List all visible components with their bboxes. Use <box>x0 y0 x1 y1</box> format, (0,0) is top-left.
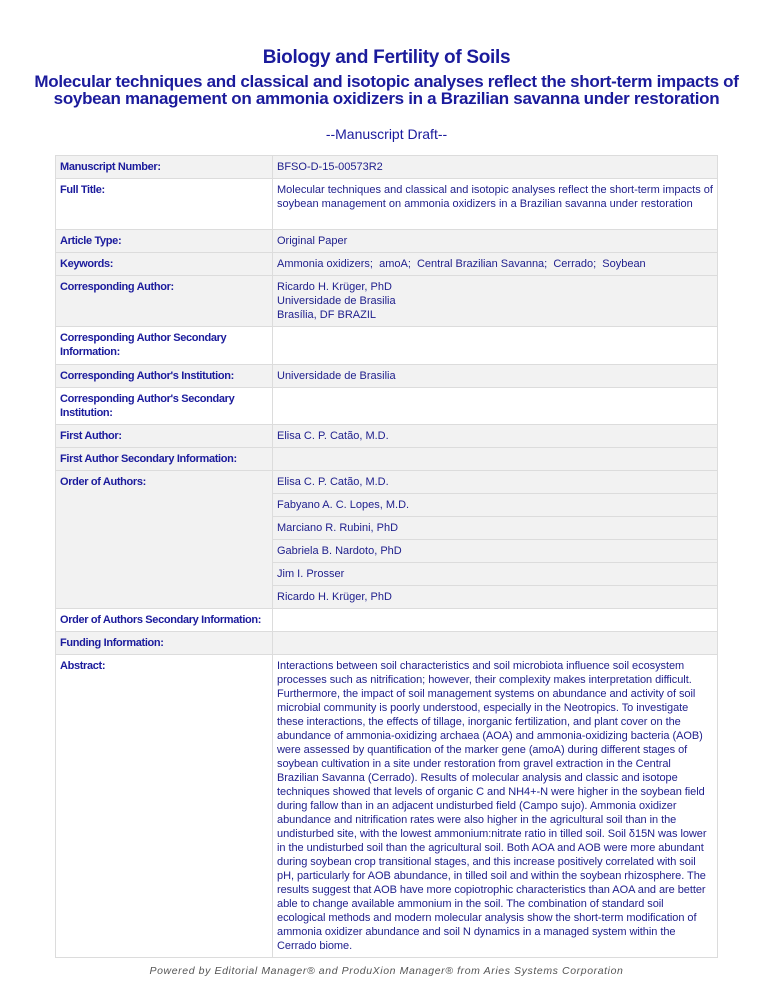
corresponding-author-location: Brasília, DF BRAZIL <box>277 308 713 322</box>
value-article-type: Original Paper <box>273 230 718 253</box>
value-ca-institution: Universidade de Brasilia <box>273 365 718 388</box>
footer-powered-by: Powered by Editorial Manager® and ProduX… <box>0 965 773 977</box>
draft-label: --Manuscript Draft-- <box>0 126 773 142</box>
value-corresponding-author: Ricardo H. Krüger, PhD Universidade de B… <box>273 276 718 327</box>
row-first-author-secondary: First Author Secondary Information: <box>56 448 718 471</box>
manuscript-metadata-table: Manuscript Number: BFSO-D-15-00573R2 Ful… <box>55 155 718 958</box>
value-first-author: Elisa C. P. Catão, M.D. <box>273 425 718 448</box>
label-first-author-secondary: First Author Secondary Information: <box>56 448 273 471</box>
value-funding <box>273 632 718 655</box>
value-abstract: Interactions between soil characteristic… <box>273 655 718 958</box>
row-manuscript-number: Manuscript Number: BFSO-D-15-00573R2 <box>56 156 718 179</box>
label-full-title: Full Title: <box>56 179 273 230</box>
label-ca-secondary-institution: Corresponding Author's Secondary Institu… <box>56 388 273 425</box>
author-list-item: Fabyano A. C. Lopes, M.D. <box>273 494 717 517</box>
row-article-type: Article Type: Original Paper <box>56 230 718 253</box>
row-funding: Funding Information: <box>56 632 718 655</box>
row-order-secondary: Order of Authors Secondary Information: <box>56 609 718 632</box>
row-abstract: Abstract: Interactions between soil char… <box>56 655 718 958</box>
author-list-item: Marciano R. Rubini, PhD <box>273 517 717 540</box>
label-ca-institution: Corresponding Author's Institution: <box>56 365 273 388</box>
label-funding: Funding Information: <box>56 632 273 655</box>
author-list-item: Jim I. Prosser <box>273 563 717 586</box>
label-manuscript-number: Manuscript Number: <box>56 156 273 179</box>
label-article-type: Article Type: <box>56 230 273 253</box>
row-ca-secondary-info: Corresponding Author Secondary Informati… <box>56 327 718 365</box>
row-ca-institution: Corresponding Author's Institution: Univ… <box>56 365 718 388</box>
value-full-title: Molecular techniques and classical and i… <box>273 179 718 230</box>
label-first-author: First Author: <box>56 425 273 448</box>
row-ca-secondary-institution: Corresponding Author's Secondary Institu… <box>56 388 718 425</box>
value-first-author-secondary <box>273 448 718 471</box>
value-manuscript-number: BFSO-D-15-00573R2 <box>273 156 718 179</box>
label-abstract: Abstract: <box>56 655 273 958</box>
row-keywords: Keywords: Ammonia oxidizers; amoA; Centr… <box>56 253 718 276</box>
row-full-title: Full Title: Molecular techniques and cla… <box>56 179 718 230</box>
manuscript-title: Molecular techniques and classical and i… <box>0 73 773 107</box>
author-list-item: Ricardo H. Krüger, PhD <box>273 586 717 608</box>
row-first-author: First Author: Elisa C. P. Catão, M.D. <box>56 425 718 448</box>
author-list-item: Elisa C. P. Catão, M.D. <box>273 471 717 494</box>
label-order-of-authors: Order of Authors: <box>56 471 273 609</box>
row-order-of-authors: Order of Authors: Elisa C. P. Catão, M.D… <box>56 471 718 609</box>
value-keywords: Ammonia oxidizers; amoA; Central Brazili… <box>273 253 718 276</box>
row-corresponding-author: Corresponding Author: Ricardo H. Krüger,… <box>56 276 718 327</box>
label-corresponding-author: Corresponding Author: <box>56 276 273 327</box>
journal-name: Biology and Fertility of Soils <box>0 47 773 69</box>
value-order-of-authors: Elisa C. P. Catão, M.D. Fabyano A. C. Lo… <box>273 471 718 609</box>
label-order-secondary: Order of Authors Secondary Information: <box>56 609 273 632</box>
author-list-item: Gabriela B. Nardoto, PhD <box>273 540 717 563</box>
label-keywords: Keywords: <box>56 253 273 276</box>
value-ca-secondary-info <box>273 327 718 365</box>
value-order-secondary <box>273 609 718 632</box>
value-ca-secondary-institution <box>273 388 718 425</box>
label-ca-secondary-info: Corresponding Author Secondary Informati… <box>56 327 273 365</box>
corresponding-author-name: Ricardo H. Krüger, PhD <box>277 280 713 294</box>
corresponding-author-affiliation: Universidade de Brasilia <box>277 294 713 308</box>
